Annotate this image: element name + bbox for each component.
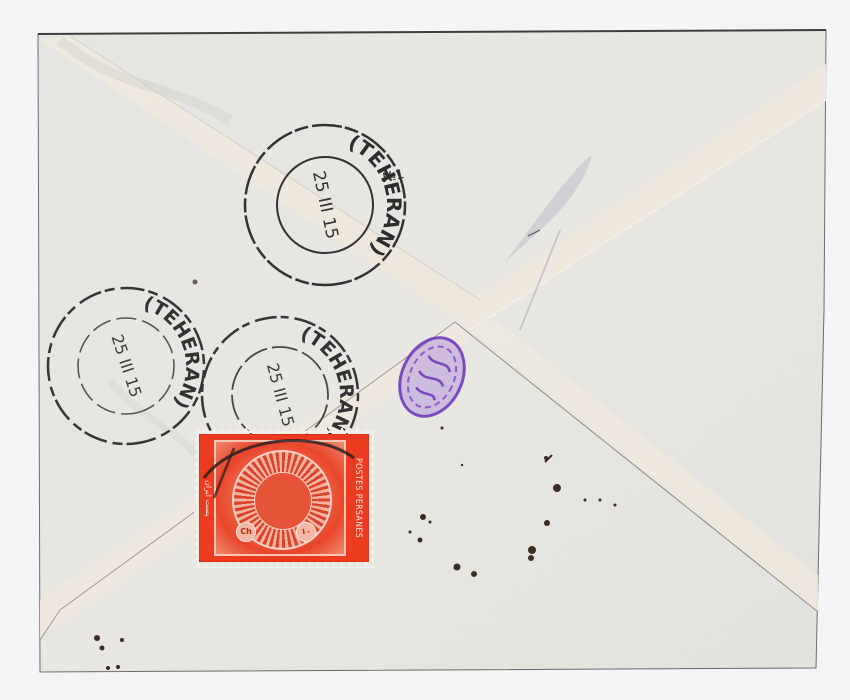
envelope-scene: 25 III 15 (TEHERAN) №1 25 III 15 (TEHERA… <box>0 0 850 700</box>
postage-stamp: پست ایران Ch ١٠ POSTES PERSANES <box>194 428 374 568</box>
envelope-illustration: 25 III 15 (TEHERAN) №1 25 III 15 (TEHERA… <box>0 0 850 700</box>
stamp-cancellation <box>194 428 374 568</box>
